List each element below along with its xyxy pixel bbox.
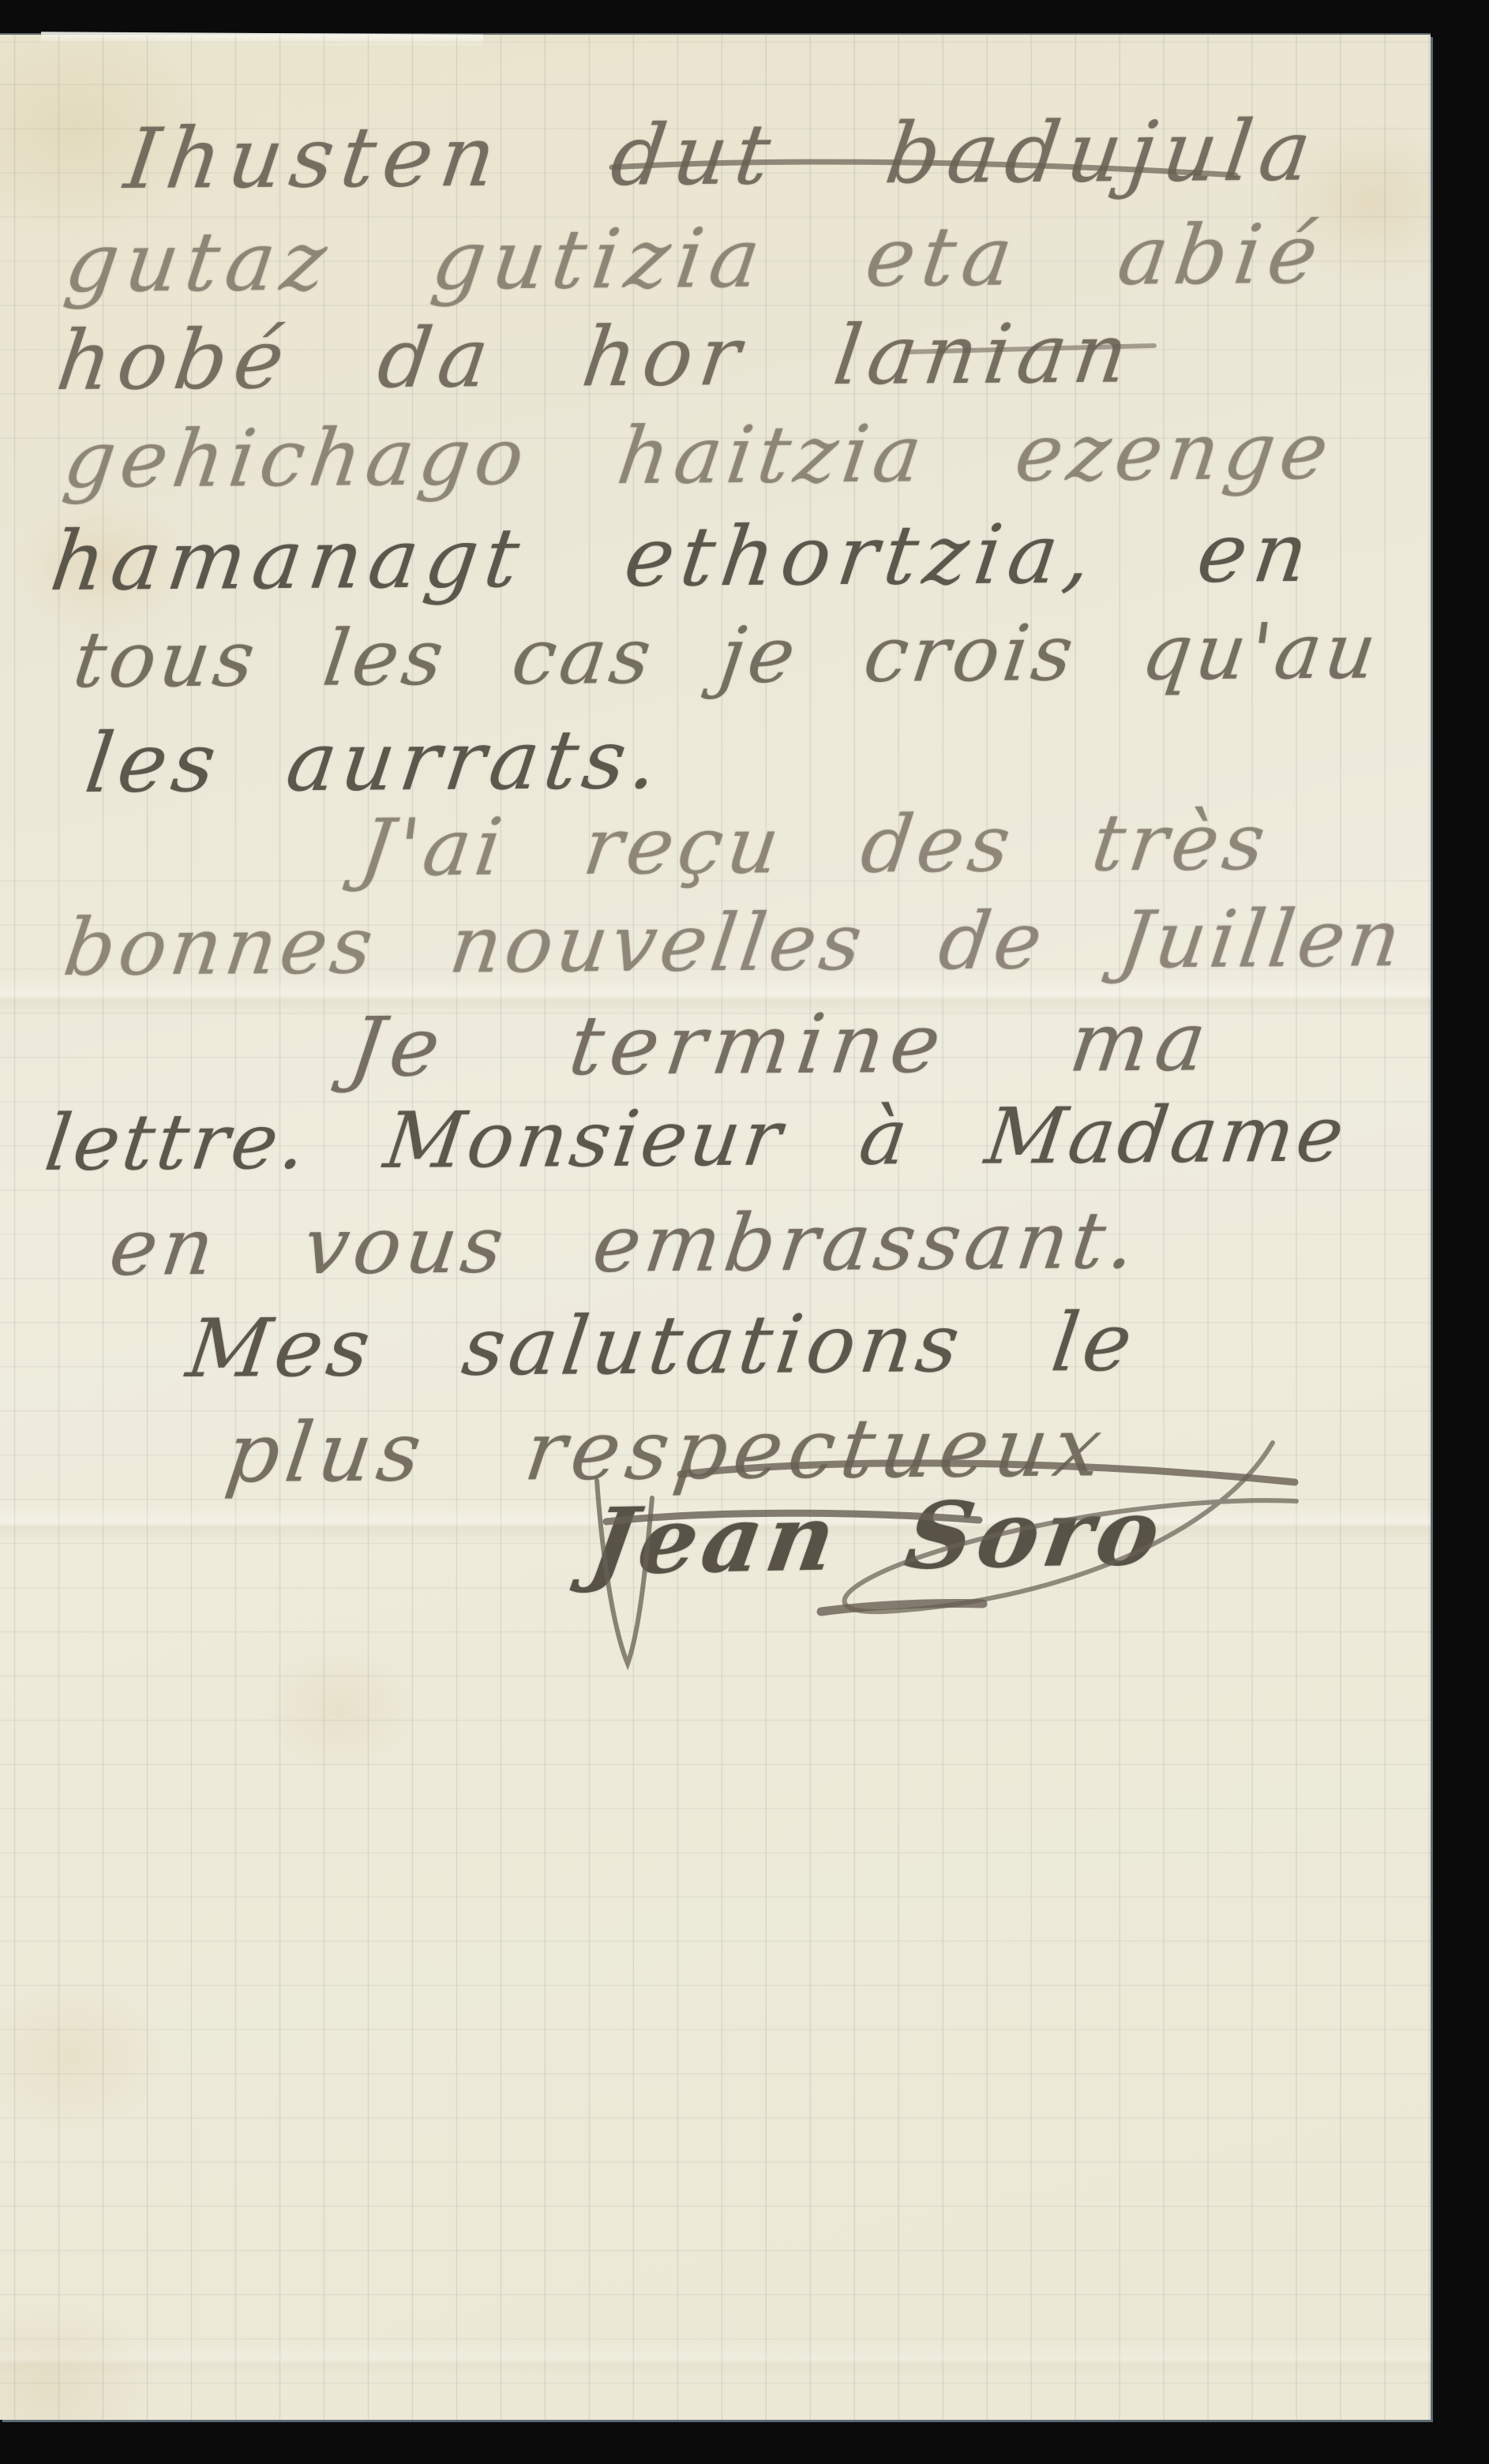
signature: Jean Soro	[583, 1478, 1172, 1596]
handwriting-line: en vous embrassant.	[104, 1194, 1146, 1294]
handwriting-line: gutaz gutizia eta abié	[60, 206, 1331, 311]
fold-crease	[0, 2342, 1431, 2379]
handwriting-line: hobé da hor lanian	[52, 305, 1141, 409]
handwriting-line: Ihusten dut badujula	[120, 102, 1325, 208]
scan-background: Ihusten dut badujula gutaz gutizia eta a…	[0, 0, 1489, 2464]
handwriting-line: Mes salutations le	[182, 1296, 1142, 1396]
handwriting-line: tous les cas je crois qu'au	[69, 606, 1386, 706]
handwriting-line: lettre. Monsieur à Madame	[40, 1090, 1352, 1189]
handwriting-line: hamanagt ethortzia, en	[46, 504, 1321, 609]
handwriting-line: Je termine ma	[344, 993, 1219, 1095]
letter-page: Ihusten dut badujula gutaz gutizia eta a…	[0, 35, 1431, 2420]
handwriting-line: J'ai reçu des très	[354, 796, 1275, 894]
handwriting-line: gehichago haitzia ezenge	[58, 405, 1339, 506]
handwriting-line: les aurrats.	[81, 711, 669, 811]
handwriting-line: bonnes nouvelles de Juillen	[58, 892, 1410, 994]
